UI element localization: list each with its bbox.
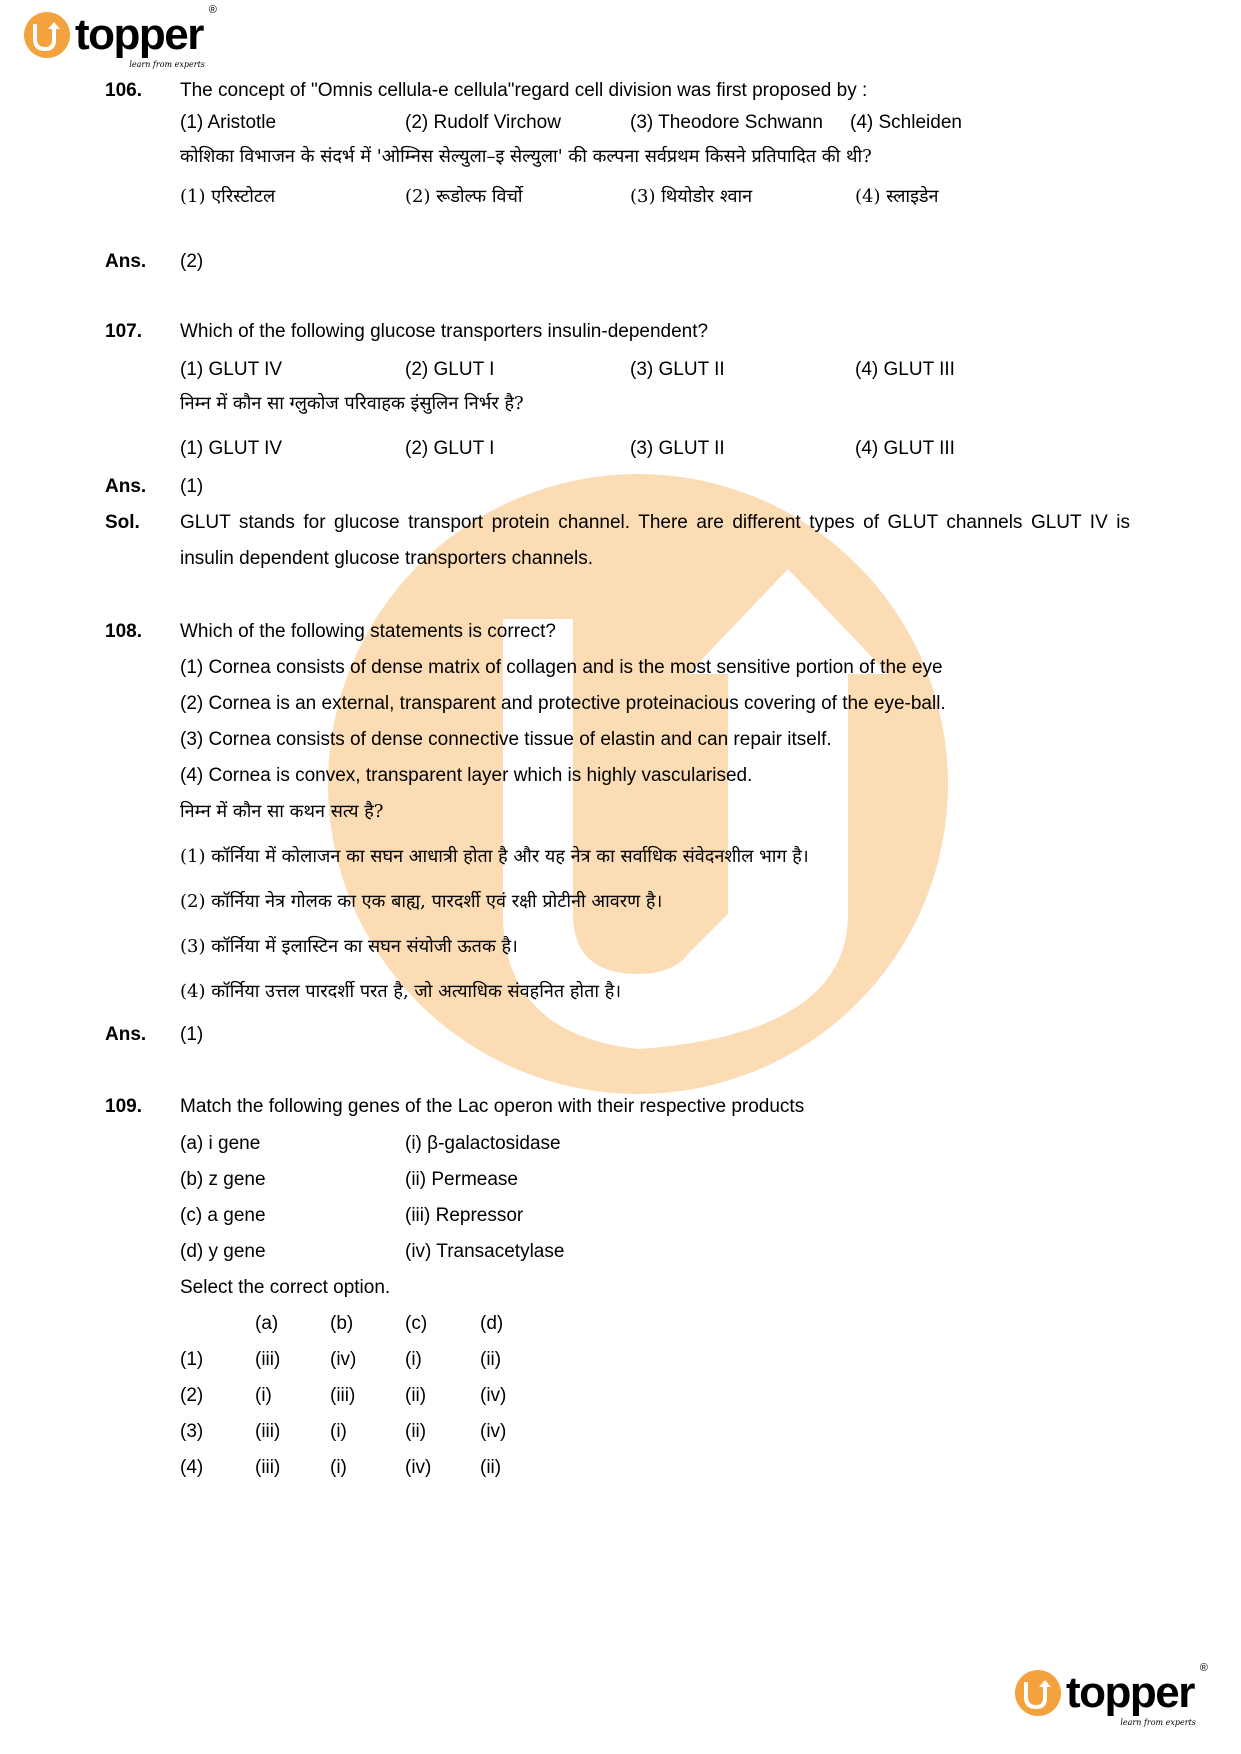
match-column-a-item: (c) a gene — [180, 1204, 266, 1228]
option-hindi: (3) थियोडोर श्वान — [630, 185, 752, 209]
answer-label: Ans. — [105, 1023, 146, 1047]
question-text: The concept of "Omnis cellula-e cellula"… — [180, 79, 867, 103]
answer-label: Ans. — [105, 475, 146, 499]
match-column-b-item: (iii) Repressor — [405, 1204, 523, 1228]
question-text-hindi: कोशिका विभाजन के संदर्भ में 'ओम्निस सेल्… — [180, 145, 872, 169]
table-cell: (i) — [255, 1384, 272, 1408]
option-hindi: (2) रूडोल्फ विर्चो — [405, 185, 523, 209]
option: (1) GLUT IV — [180, 358, 282, 382]
table-cell: (i) — [330, 1456, 347, 1480]
question-text: Which of the following glucose transport… — [180, 320, 708, 344]
option-hindi: (3) GLUT II — [630, 437, 725, 461]
option: (4) Schleiden — [850, 111, 962, 135]
table-cell: (iii) — [255, 1348, 280, 1372]
select-instruction: Select the correct option. — [180, 1276, 390, 1300]
question-number: 108. — [105, 620, 142, 644]
brand-logo-footer: topper ® learn from experts — [1015, 1670, 1194, 1716]
option: (3) GLUT II — [630, 358, 725, 382]
option-hindi: (4) स्लाइडेन — [855, 185, 939, 209]
question-text: Match the following genes of the Lac ope… — [180, 1095, 804, 1119]
table-header: (c) — [405, 1312, 427, 1336]
option: (3) Theodore Schwann — [630, 111, 823, 135]
table-cell: (ii) — [480, 1348, 501, 1372]
question-text-hindi: निम्न में कौन सा ग्लुकोज परिवाहक इंसुलिन… — [180, 392, 524, 416]
table-cell: (iii) — [255, 1456, 280, 1480]
solution-text: GLUT stands for glucose transport protei… — [180, 505, 1130, 577]
question-number: 106. — [105, 79, 142, 103]
row-option: (2) — [180, 1384, 203, 1408]
option-hindi: (2) GLUT I — [405, 437, 494, 461]
match-column-a-item: (a) i gene — [180, 1132, 260, 1156]
match-column-b-item: (iv) Transacetylase — [405, 1240, 564, 1264]
table-cell: (iv) — [480, 1420, 506, 1444]
table-cell: (iv) — [480, 1384, 506, 1408]
match-column-a-item: (d) y gene — [180, 1240, 266, 1264]
option-hindi: (2) कॉर्निया नेत्र गोलक का एक बाह्य, पार… — [180, 890, 662, 914]
option: (1) Cornea consists of dense matrix of c… — [180, 656, 943, 680]
logo-wordmark: topper ® learn from experts — [1066, 1671, 1194, 1715]
option-hindi: (3) कॉर्निया में इलास्टिन का सघन संयोजी … — [180, 935, 518, 959]
logo-wordmark: topper ® learn from experts — [75, 13, 203, 57]
option-hindi: (4) कॉर्निया उत्तल पारदर्शी परत है, जो अ… — [180, 980, 621, 1004]
table-cell: (ii) — [480, 1456, 501, 1480]
option: (2) Cornea is an external, transparent a… — [180, 692, 946, 716]
question-text-hindi: निम्न में कौन सा कथन सत्य है? — [180, 800, 383, 824]
row-option: (3) — [180, 1420, 203, 1444]
option: (4) GLUT III — [855, 358, 955, 382]
table-cell: (i) — [330, 1420, 347, 1444]
row-option: (1) — [180, 1348, 203, 1372]
table-header: (d) — [480, 1312, 503, 1336]
table-header: (a) — [255, 1312, 278, 1336]
option-hindi: (1) GLUT IV — [180, 437, 282, 461]
table-cell: (iii) — [255, 1420, 280, 1444]
answer-value: (1) — [180, 475, 203, 499]
question-text: Which of the following statements is cor… — [180, 620, 556, 644]
option-hindi: (4) GLUT III — [855, 437, 955, 461]
question-number: 109. — [105, 1095, 142, 1119]
match-column-b-item: (ii) Permease — [405, 1168, 518, 1192]
table-cell: (iv) — [405, 1456, 431, 1480]
option-hindi: (1) कॉर्निया में कोलाजन का सघन आधात्री ह… — [180, 845, 809, 869]
match-column-b-item: (i) β-galactosidase — [405, 1132, 561, 1156]
row-option: (4) — [180, 1456, 203, 1480]
table-cell: (iv) — [330, 1348, 356, 1372]
option: (2) GLUT I — [405, 358, 494, 382]
option: (1) Aristotle — [180, 111, 276, 135]
question-number: 107. — [105, 320, 142, 344]
table-cell: (ii) — [405, 1384, 426, 1408]
answer-value: (2) — [180, 250, 203, 274]
option: (3) Cornea consists of dense connective … — [180, 728, 832, 752]
table-cell: (iii) — [330, 1384, 355, 1408]
match-column-a-item: (b) z gene — [180, 1168, 266, 1192]
table-cell: (i) — [405, 1348, 422, 1372]
option: (4) Cornea is convex, transparent layer … — [180, 764, 752, 788]
solution-label: Sol. — [105, 511, 140, 535]
brand-logo-header: topper ® learn from experts — [24, 12, 203, 58]
answer-label: Ans. — [105, 250, 146, 274]
option: (2) Rudolf Virchow — [405, 111, 561, 135]
answer-value: (1) — [180, 1023, 203, 1047]
option-hindi: (1) एरिस्टोटल — [180, 185, 275, 209]
logo-u-icon — [1015, 1670, 1061, 1716]
logo-u-icon — [24, 12, 70, 58]
table-header: (b) — [330, 1312, 353, 1336]
table-cell: (ii) — [405, 1420, 426, 1444]
